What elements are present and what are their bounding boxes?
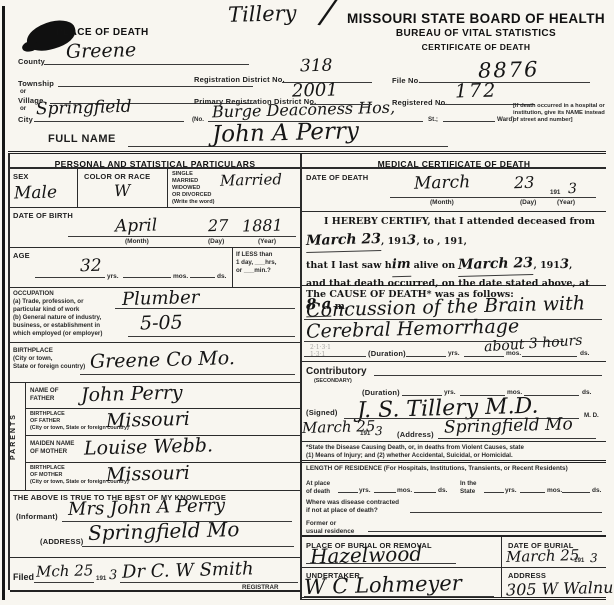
city-value: Springfield xyxy=(36,97,132,119)
dod-month-caption: (Month) xyxy=(430,200,454,207)
duration-ds-unit-1: ds. xyxy=(580,351,589,358)
physician-address-value: Springfield Mo xyxy=(444,414,573,437)
top-name-annotation: Tillery xyxy=(228,1,297,27)
certify-comma-191b: , 191 xyxy=(437,236,463,247)
date-of-death-line xyxy=(390,197,596,198)
filed-year-value: 3 xyxy=(109,568,118,583)
father-birthplace-value: Missouri xyxy=(106,408,190,432)
disease-contracted-row[interactable]: Where was disease contracted if not at p… xyxy=(302,497,606,520)
residence-mos-unit-1: mos. xyxy=(397,488,412,495)
date-of-death-label: DATE OF DEATH xyxy=(306,173,368,182)
residence-mos-line-1 xyxy=(374,492,396,493)
personal-section-title-row: PERSONAL AND STATISTICAL PARTICULARS xyxy=(10,154,300,169)
signed-label: (Signed) xyxy=(306,408,338,417)
birthplace-value: Greene Co Mo. xyxy=(90,347,235,373)
county-line[interactable] xyxy=(44,64,249,65)
or-label-1: or xyxy=(20,88,26,96)
informant-block: THE ABOVE IS TRUE TO THE BEST OF MY KNOW… xyxy=(10,491,300,558)
date-of-birth-line xyxy=(68,236,296,237)
undertaker-value: W C Lohmeyer xyxy=(304,571,462,599)
filed-label: Filed xyxy=(13,572,34,583)
registration-district-value: 318 xyxy=(300,56,333,77)
county-label: County xyxy=(18,57,45,66)
duration-ds-unit-2: ds. xyxy=(582,390,591,397)
undertaker-line xyxy=(304,596,494,597)
residence-title: LENGTH OF RESIDENCE (For Hospitals, Inst… xyxy=(306,465,602,473)
date-of-death-row[interactable]: DATE OF DEATH March 23 191 3 (Month) (Da… xyxy=(302,169,606,212)
former-residence-row[interactable]: Former or usual residence xyxy=(302,520,606,537)
sex-label: SEX xyxy=(13,172,29,181)
occupation-a-value: Plumber xyxy=(122,287,200,310)
residence-yrs-line-2 xyxy=(484,492,504,493)
signed-year-prefix: 191 xyxy=(360,430,370,438)
contributory-line xyxy=(374,375,602,376)
hospital-note: [If death occurred in a hospital or inst… xyxy=(513,103,605,125)
duration-mos-line-1 xyxy=(464,356,504,357)
age-mos-unit: mos. xyxy=(173,274,188,281)
age-yrs-line xyxy=(35,277,105,278)
at-place-label: At place of death xyxy=(306,480,330,496)
parents-vertical-cell: PARENTS xyxy=(10,383,26,490)
residence-block[interactable]: LENGTH OF RESIDENCE (For Hospitals, Inst… xyxy=(302,463,606,497)
disease-contracted-line xyxy=(410,512,602,513)
race-label: COLOR OR RACE xyxy=(84,172,150,181)
burial-block: PLACE OF BURIAL OR REMOVAL Hazelwood UND… xyxy=(302,537,606,600)
cause-of-death-block[interactable]: The CAUSE OF DEATH* was as follows: Conc… xyxy=(302,286,606,362)
duration-lead-line xyxy=(304,356,366,357)
township-label: Township xyxy=(18,79,54,88)
certify-text-2: that I last saw h xyxy=(306,260,392,271)
birthplace-line xyxy=(80,374,295,375)
township-line[interactable] xyxy=(58,86,253,87)
informant-address-value: Springfield Mo xyxy=(88,517,240,545)
undertaker-cell[interactable]: UNDERTAKER W C Lohmeyer xyxy=(302,568,501,599)
certify-comma-191a: , 191 xyxy=(381,236,407,247)
physician-address-line xyxy=(438,438,596,439)
burial-place-cell[interactable]: PLACE OF BURIAL OR REMOVAL Hazelwood xyxy=(302,537,501,568)
residence-ds-unit-2: ds. xyxy=(592,488,601,495)
month-caption: (Month) xyxy=(125,239,149,246)
st-label: St.; xyxy=(428,116,438,124)
mother-name-row[interactable]: MAIDEN NAME OF MOTHER Louise Webb. xyxy=(26,436,302,463)
place-of-death-heading: PLACE OF DEATH xyxy=(56,27,149,39)
birthplace-row[interactable]: BIRTHPLACE (City or town, State or forei… xyxy=(10,343,300,383)
alive-on-label: alive on xyxy=(414,260,456,271)
occupation-b-value: 5-05 xyxy=(140,311,183,334)
board-title: MISSOURI STATE BOARD OF HEALTH xyxy=(345,11,607,27)
full-name-label: FULL NAME xyxy=(48,133,116,145)
duration-ds-line-1 xyxy=(522,356,577,357)
filed-date-line[interactable] xyxy=(34,582,94,583)
signed-block[interactable]: (Signed) J. S. Tillery M.D. M. D. March … xyxy=(302,400,606,442)
certify-comma-191c: , 191 xyxy=(533,260,559,271)
no-label: (No. xyxy=(192,116,204,124)
registered-no-value: 172 xyxy=(455,79,498,102)
him-insert: im xyxy=(391,254,410,276)
age-value: 32 xyxy=(80,256,102,277)
sex-cell[interactable]: SEX Male xyxy=(10,169,78,207)
dod-year-caption: (Year) xyxy=(557,200,575,207)
dob-year-value: 1881 xyxy=(242,215,283,235)
dod-year-prefix: 191 xyxy=(550,189,560,197)
secondary-label: (SECONDARY) xyxy=(314,378,352,385)
duration-label-1: (Duration) xyxy=(368,349,406,358)
or-label-2: or xyxy=(20,105,26,113)
informant-address-line[interactable] xyxy=(82,546,294,547)
certify-comma-1: , xyxy=(464,236,467,247)
residence-mos-line-2 xyxy=(520,492,545,493)
race-value: W xyxy=(114,181,131,200)
certify-to-label: , to xyxy=(417,236,434,247)
burial-date-value: March 25 xyxy=(506,546,580,566)
city-label: City xyxy=(18,115,33,124)
ward-label: Ward) xyxy=(497,116,514,124)
age-less-note: If LESS than 1 day, ___hrs, or ___min.? xyxy=(236,251,276,274)
duration-label-2: (Duration) xyxy=(362,388,400,397)
death-certificate-page: Tillery / PLACE OF DEATH County Greene T… xyxy=(0,0,614,605)
attended-from-year: 3 xyxy=(407,231,417,252)
age-yrs-unit: yrs. xyxy=(107,274,119,281)
dod-year-value: 3 xyxy=(568,181,577,197)
informant-value: Mrs John A Perry xyxy=(68,495,226,520)
burial-place-value: Hazelwood xyxy=(310,542,423,569)
age-mos-line xyxy=(123,277,171,278)
registered-no-label: Registered No. xyxy=(392,98,448,107)
mother-name-value: Louise Webb. xyxy=(84,434,214,459)
dod-day-value: 23 xyxy=(514,173,535,193)
check-mark: / xyxy=(319,0,336,33)
certify-comma-2: , xyxy=(569,260,572,271)
mother-birthplace-row[interactable]: BIRTHPLACE OF MOTHER (City or town, Stat… xyxy=(26,463,302,490)
personal-section: PERSONAL AND STATISTICAL PARTICULARS SEX… xyxy=(8,154,300,590)
occupation-label-b: (b) General nature of industry, business… xyxy=(13,314,102,337)
dob-day-value: 27 xyxy=(208,216,229,236)
filed-date-value: Mch 25 xyxy=(36,561,94,580)
full-name-line[interactable] xyxy=(128,146,448,147)
marital-value: Married xyxy=(220,170,282,190)
date-of-birth-row[interactable]: DATE OF BIRTH April 27 1881 (Month) (Day… xyxy=(10,208,300,248)
scan-edge-line xyxy=(2,6,5,600)
birthplace-label: BIRTHPLACE (City or town, State or forei… xyxy=(13,347,85,370)
certify-paragraph: I HEREBY CERTIFY, that I attended deceas… xyxy=(302,212,606,286)
city-line[interactable] xyxy=(34,121,184,122)
residence-yrs-unit-2: yrs. xyxy=(505,488,517,495)
filed-row: Filed Mch 25 191 3 Dr C. W Smith REGISTR… xyxy=(10,558,300,592)
residence-mos-unit-2: mos. xyxy=(547,488,562,495)
registrar-signature-line[interactable] xyxy=(120,582,298,583)
occupation-label-a: OCCUPATION (a) Trade, profession, or par… xyxy=(13,290,83,313)
former-residence-label: Former or usual residence xyxy=(306,520,354,536)
informant-label: (Informant) xyxy=(16,512,58,521)
father-birthplace-row[interactable]: BIRTHPLACE OF FATHER (City or town, Stat… xyxy=(26,409,302,436)
contributory-label: Contributory xyxy=(306,366,367,377)
burial-date-cell[interactable]: DATE OF BURIAL March 25 191 3 xyxy=(502,537,606,568)
footnote-line-1: *State the Disease Causing Death, or, in… xyxy=(306,444,524,452)
mother-name-label: MAIDEN NAME OF MOTHER xyxy=(30,440,74,456)
last-seen-year: 3 xyxy=(560,254,570,275)
age-label: AGE xyxy=(13,251,30,260)
personal-section-title: PERSONAL AND STATISTICAL PARTICULARS xyxy=(55,159,256,169)
footnote-line-2: (1) Means of Injury; and (2) whether Acc… xyxy=(306,452,513,460)
parents-label: PARENTS xyxy=(10,383,25,490)
residence-ds-line-2 xyxy=(562,492,590,493)
contributory-block[interactable]: Contributory (SECONDARY) (Duration) yrs.… xyxy=(302,362,606,400)
registrar-signature: Dr C. W Smith xyxy=(122,558,254,582)
file-no-line[interactable] xyxy=(420,82,590,83)
father-name-row[interactable]: NAME OF FATHER John Perry xyxy=(26,383,302,409)
residence-yrs-unit-1: yrs. xyxy=(359,488,371,495)
burial-year-value: 3 xyxy=(590,551,598,565)
residence-ds-line-1 xyxy=(414,492,436,493)
sex-race-marital-row: SEX Male COLOR OR RACE W SINGLE MARRIED … xyxy=(10,169,300,208)
registrar-label: REGISTRAR xyxy=(242,584,278,592)
file-no-label: File No. xyxy=(392,76,421,85)
date-of-birth-label: DATE OF BIRTH xyxy=(13,211,73,220)
occupation-a-line xyxy=(115,308,295,309)
sex-value: Male xyxy=(14,182,58,203)
race-cell[interactable]: COLOR OR RACE W xyxy=(78,169,168,207)
mother-birthplace-value: Missouri xyxy=(106,462,190,486)
age-ds-unit: ds. xyxy=(217,274,226,281)
attended-from-date: March 23 xyxy=(306,228,382,253)
county-value: Greene xyxy=(66,39,137,63)
informant-address-label: (ADDRESS) xyxy=(40,537,83,546)
dod-day-caption: (Day) xyxy=(520,200,536,207)
father-name-label: NAME OF FATHER xyxy=(30,387,59,403)
medical-section-title-row: MEDICAL CERTIFICATE OF DEATH xyxy=(302,154,606,169)
parents-group: PARENTS NAME OF FATHER John Perry BIRTHP… xyxy=(10,383,300,491)
occupation-row[interactable]: OCCUPATION (a) Trade, profession, or par… xyxy=(10,288,300,343)
last-seen-date: March 23 xyxy=(458,252,534,277)
registration-district-label: Registration District No. xyxy=(194,75,285,84)
physician-address-label: (Address) xyxy=(397,430,434,439)
disease-contracted-label: Where was disease contracted if not at p… xyxy=(306,499,399,515)
filed-year-prefix: 191 xyxy=(96,575,106,583)
md-label: M. D. xyxy=(584,412,599,420)
medical-section: MEDICAL CERTIFICATE OF DEATH DATE OF DEA… xyxy=(300,154,606,600)
year-caption: (Year) xyxy=(258,239,276,246)
father-name-value: John Perry xyxy=(81,382,183,407)
age-row[interactable]: AGE 32 yrs. mos. ds. If LESS than 1 day,… xyxy=(10,248,300,288)
age-less-than-box: If LESS than 1 day, ___hrs, or ___min.? xyxy=(232,248,302,287)
dob-month-value: April xyxy=(115,215,158,236)
marital-label: SINGLE MARRIED WIDOWED OR DIVORCED (Writ… xyxy=(172,171,214,206)
undertaker-address-cell[interactable]: ADDRESS 305 W Walnut xyxy=(502,568,606,599)
signed-year-value: 3 xyxy=(375,424,383,438)
duration-yrs-line-1 xyxy=(406,356,446,357)
footnote-block: *State the Disease Causing Death, or, in… xyxy=(302,442,606,463)
certificate-subtitle: CERTIFICATE OF DEATH xyxy=(345,42,607,52)
occupation-b-line xyxy=(128,336,295,337)
primary-registration-value: 2001 xyxy=(292,79,338,101)
marital-cell[interactable]: SINGLE MARRIED WIDOWED OR DIVORCED (Writ… xyxy=(168,169,302,207)
primary-registration-line[interactable] xyxy=(310,104,372,105)
duration-yrs-unit-1: yrs. xyxy=(448,351,460,358)
age-ds-line xyxy=(190,277,215,278)
dod-month-value: March xyxy=(414,172,471,193)
in-state-label: In the State xyxy=(460,480,477,496)
full-name-value: John A Perry xyxy=(212,118,360,148)
burial-place-line xyxy=(306,563,456,564)
ward-line[interactable] xyxy=(443,121,495,122)
undertaker-address-value: 305 W Walnut xyxy=(506,578,614,600)
certify-text-1: I HEREBY CERTIFY, that I attended deceas… xyxy=(324,216,595,227)
burial-year-prefix: 191 xyxy=(574,557,584,565)
former-residence-line xyxy=(368,531,602,532)
residence-ds-unit-1: ds. xyxy=(438,488,447,495)
bureau-subtitle: BUREAU OF VITAL STATISTICS xyxy=(345,28,607,40)
day-caption: (Day) xyxy=(208,239,224,246)
medical-section-title: MEDICAL CERTIFICATE OF DEATH xyxy=(378,159,531,169)
residence-yrs-line-1 xyxy=(338,492,358,493)
